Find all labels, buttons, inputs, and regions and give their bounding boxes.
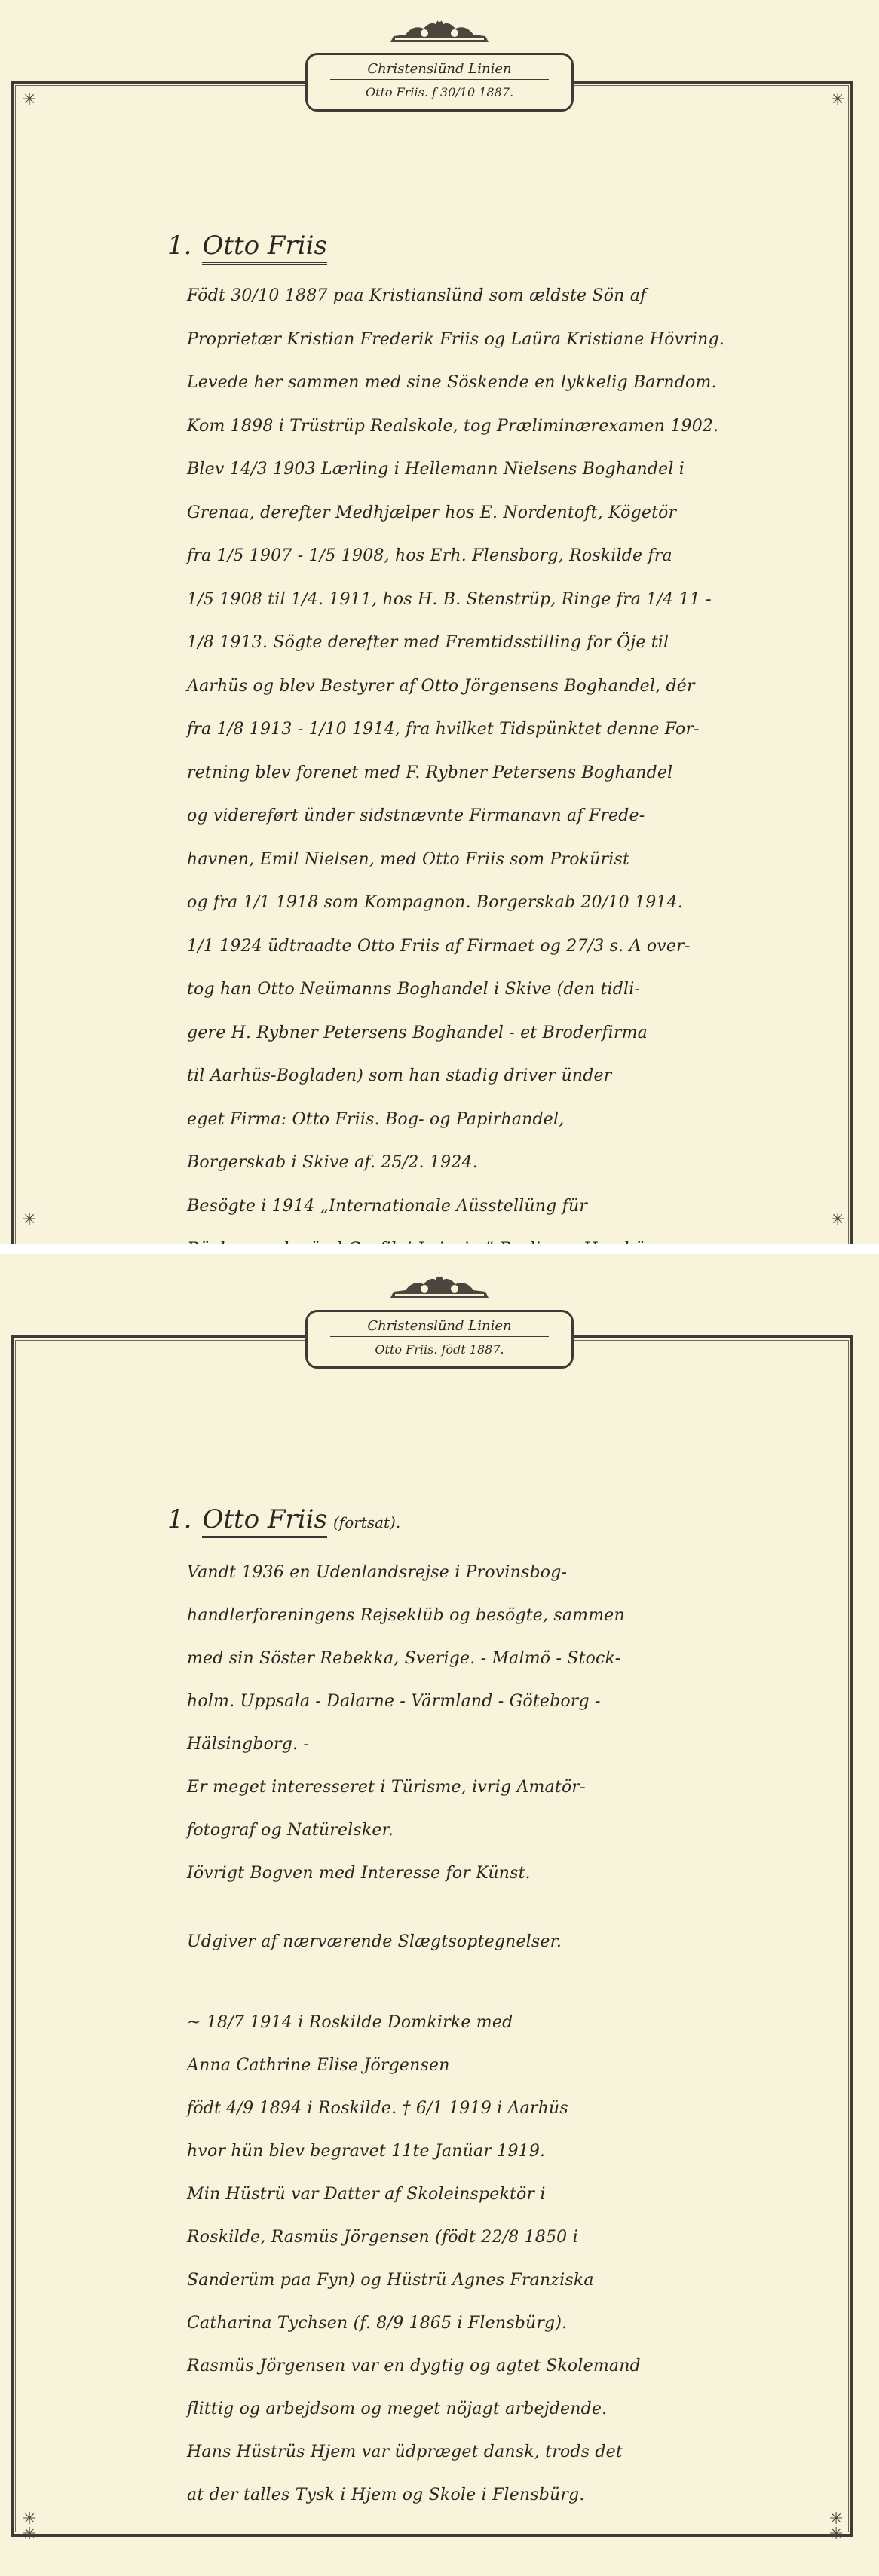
text-line: 1/5 1908 til 1/4. 1911, hos H. B. Stenst… (187, 578, 805, 622)
text-line: retning blev forenet med F. Rybner Peter… (187, 751, 805, 795)
entry-name: Otto Friis (202, 1504, 327, 1538)
entry-name: Otto Friis (202, 231, 327, 265)
corner-asterisk-icon: ✳ (23, 2526, 36, 2543)
text-line: og fra 1/1 1918 som Kompagnon. Borgerska… (187, 881, 805, 925)
lineage-label-box: Christenslünd Linien Otto Friis. födt 18… (305, 1310, 574, 1369)
text-line: handlerforeningens Rejseklüb og besögte,… (187, 1594, 805, 1637)
text-line: og videreført ünder sidstnævnte Firmanav… (187, 794, 805, 838)
lineage-label-box: Christenslünd Linien Otto Friis. f 30/10… (305, 53, 574, 112)
corner-asterisk-icon: ✳ (831, 1212, 844, 1228)
crest-ornament-icon (383, 14, 496, 44)
corner-asterisk-icon: ✳ (23, 92, 36, 109)
text-line: tog han Otto Neümanns Boghandel i Skive … (187, 968, 805, 1011)
text-line: Besögte i 1914 „Internationale Aüsstellü… (187, 1185, 805, 1228)
entry-heading: 1.Otto Friis (167, 226, 805, 265)
text-line: Sanderüm paa Fyn) og Hüstrü Agnes Franzi… (187, 2259, 805, 2302)
entry-continued-note: (fortsat). (333, 1513, 400, 1531)
text-line: Kom 1898 i Trüstrüp Realskole, tog Præli… (187, 405, 805, 448)
text-line: Aarhüs og blev Bestyrer af Otto Jörgense… (187, 665, 805, 708)
text-line: 1/8 1913. Sögte derefter med Fremtidssti… (187, 621, 805, 665)
text-line: flittig og arbejdsom og meget nöjagt arb… (187, 2388, 805, 2431)
text-line: Födt 30/10 1887 paa Kristianslünd som æl… (187, 274, 805, 318)
text-line: Hälsingborg. - (187, 1723, 805, 1766)
paragraph-gap (187, 1963, 805, 2001)
text-line: Iövrigt Bogven med Interesse for Künst. (187, 1852, 805, 1895)
corner-asterisk-icon: ✳ (829, 2526, 843, 2543)
document-page-1: Christenslünd Linien Otto Friis. f 30/10… (0, 0, 879, 1244)
text-line: födt 4/9 1894 i Roskilde. † 6/1 1919 i A… (187, 2087, 805, 2130)
lineage-subtitle: Otto Friis. f 30/10 1887. (330, 85, 549, 99)
corner-asterisk-icon: ✳ (831, 92, 844, 109)
crest-ornament-icon (383, 1269, 496, 1299)
text-line: Roskilde, Rasmüs Jörgensen (födt 22/8 18… (187, 2216, 805, 2259)
text-line: fotograf og Natürelsker. (187, 1809, 805, 1852)
text-line: Blev 14/3 1903 Lærling i Hellemann Niels… (187, 448, 805, 491)
text-line: til Aarhüs-Bogladen) som han stadig driv… (187, 1054, 805, 1098)
lineage-title: Christenslünd Linien (330, 61, 549, 80)
document-page-2: Christenslünd Linien Otto Friis. födt 18… (0, 1254, 879, 2576)
text-line: at der talles Tysk i Hjem og Skole i Fle… (187, 2474, 805, 2516)
text-line: Hans Hüstrüs Hjem var üdpræget dansk, tr… (187, 2431, 805, 2474)
text-line: havnen, Emil Nielsen, med Otto Friis som… (187, 838, 805, 882)
text-line: Grenaa, derefter Medhjælper hos E. Norde… (187, 491, 805, 535)
entry-number: 1. (167, 1504, 191, 1534)
text-line: Er meget interesseret i Türisme, ivrig A… (187, 1766, 805, 1809)
lineage-title: Christenslünd Linien (330, 1318, 549, 1337)
text-line: Borgerskab i Skive af. 25/2. 1924. (187, 1141, 805, 1185)
text-line: Udgiver af nærværende Slægtsoptegnelser. (187, 1920, 805, 1963)
text-line: fra 1/8 1913 - 1/10 1914, fra hvilket Ti… (187, 708, 805, 751)
paragraph-gap (187, 1895, 805, 1920)
entry-body: 1.Otto Friis(fortsat). Vandt 1936 en Ude… (187, 1500, 805, 2516)
text-line: ~ 18/7 1914 i Roskilde Domkirke med (187, 2001, 805, 2044)
text-line: Vandt 1936 en Udenlandsrejse i Provinsbo… (187, 1551, 805, 1594)
text-line: hvor hün blev begravet 11te Janüar 1919. (187, 2130, 805, 2173)
text-line: gere H. Rybner Petersens Boghandel - et … (187, 1011, 805, 1055)
lineage-subtitle: Otto Friis. födt 1887. (330, 1342, 549, 1357)
text-line: fra 1/5 1907 - 1/5 1908, hos Erh. Flensb… (187, 534, 805, 578)
text-line: Levede her sammen med sine Söskende en l… (187, 361, 805, 405)
text-line: Catharina Tychsen (f. 8/9 1865 i Flensbü… (187, 2302, 805, 2345)
text-line: Rasmüs Jörgensen var en dygtig og agtet … (187, 2345, 805, 2388)
text-line: holm. Uppsala - Dalarne - Värmland - Göt… (187, 1680, 805, 1723)
corner-asterisk-icon: ✳ (23, 1212, 36, 1228)
entry-heading: 1.Otto Friis(fortsat). (167, 1500, 805, 1542)
text-line: 1/1 1924 üdtraadte Otto Friis af Firmaet… (187, 925, 805, 968)
text-line: Min Hüstrü var Datter af Skoleinspektör … (187, 2173, 805, 2216)
text-line: med sin Söster Rebekka, Sverige. - Malmö… (187, 1637, 805, 1680)
text-line: eget Firma: Otto Friis. Bog- og Papirhan… (187, 1098, 805, 1142)
text-line: Büchgewerbe ünd Grafik i Leipzig.” Berli… (187, 1228, 805, 1244)
text-line: Anna Cathrine Elise Jörgensen (187, 2044, 805, 2087)
text-line: Proprietær Kristian Frederik Friis og La… (187, 318, 805, 362)
entry-body: 1.Otto Friis Födt 30/10 1887 paa Kristia… (187, 226, 805, 1244)
entry-number: 1. (167, 231, 191, 261)
